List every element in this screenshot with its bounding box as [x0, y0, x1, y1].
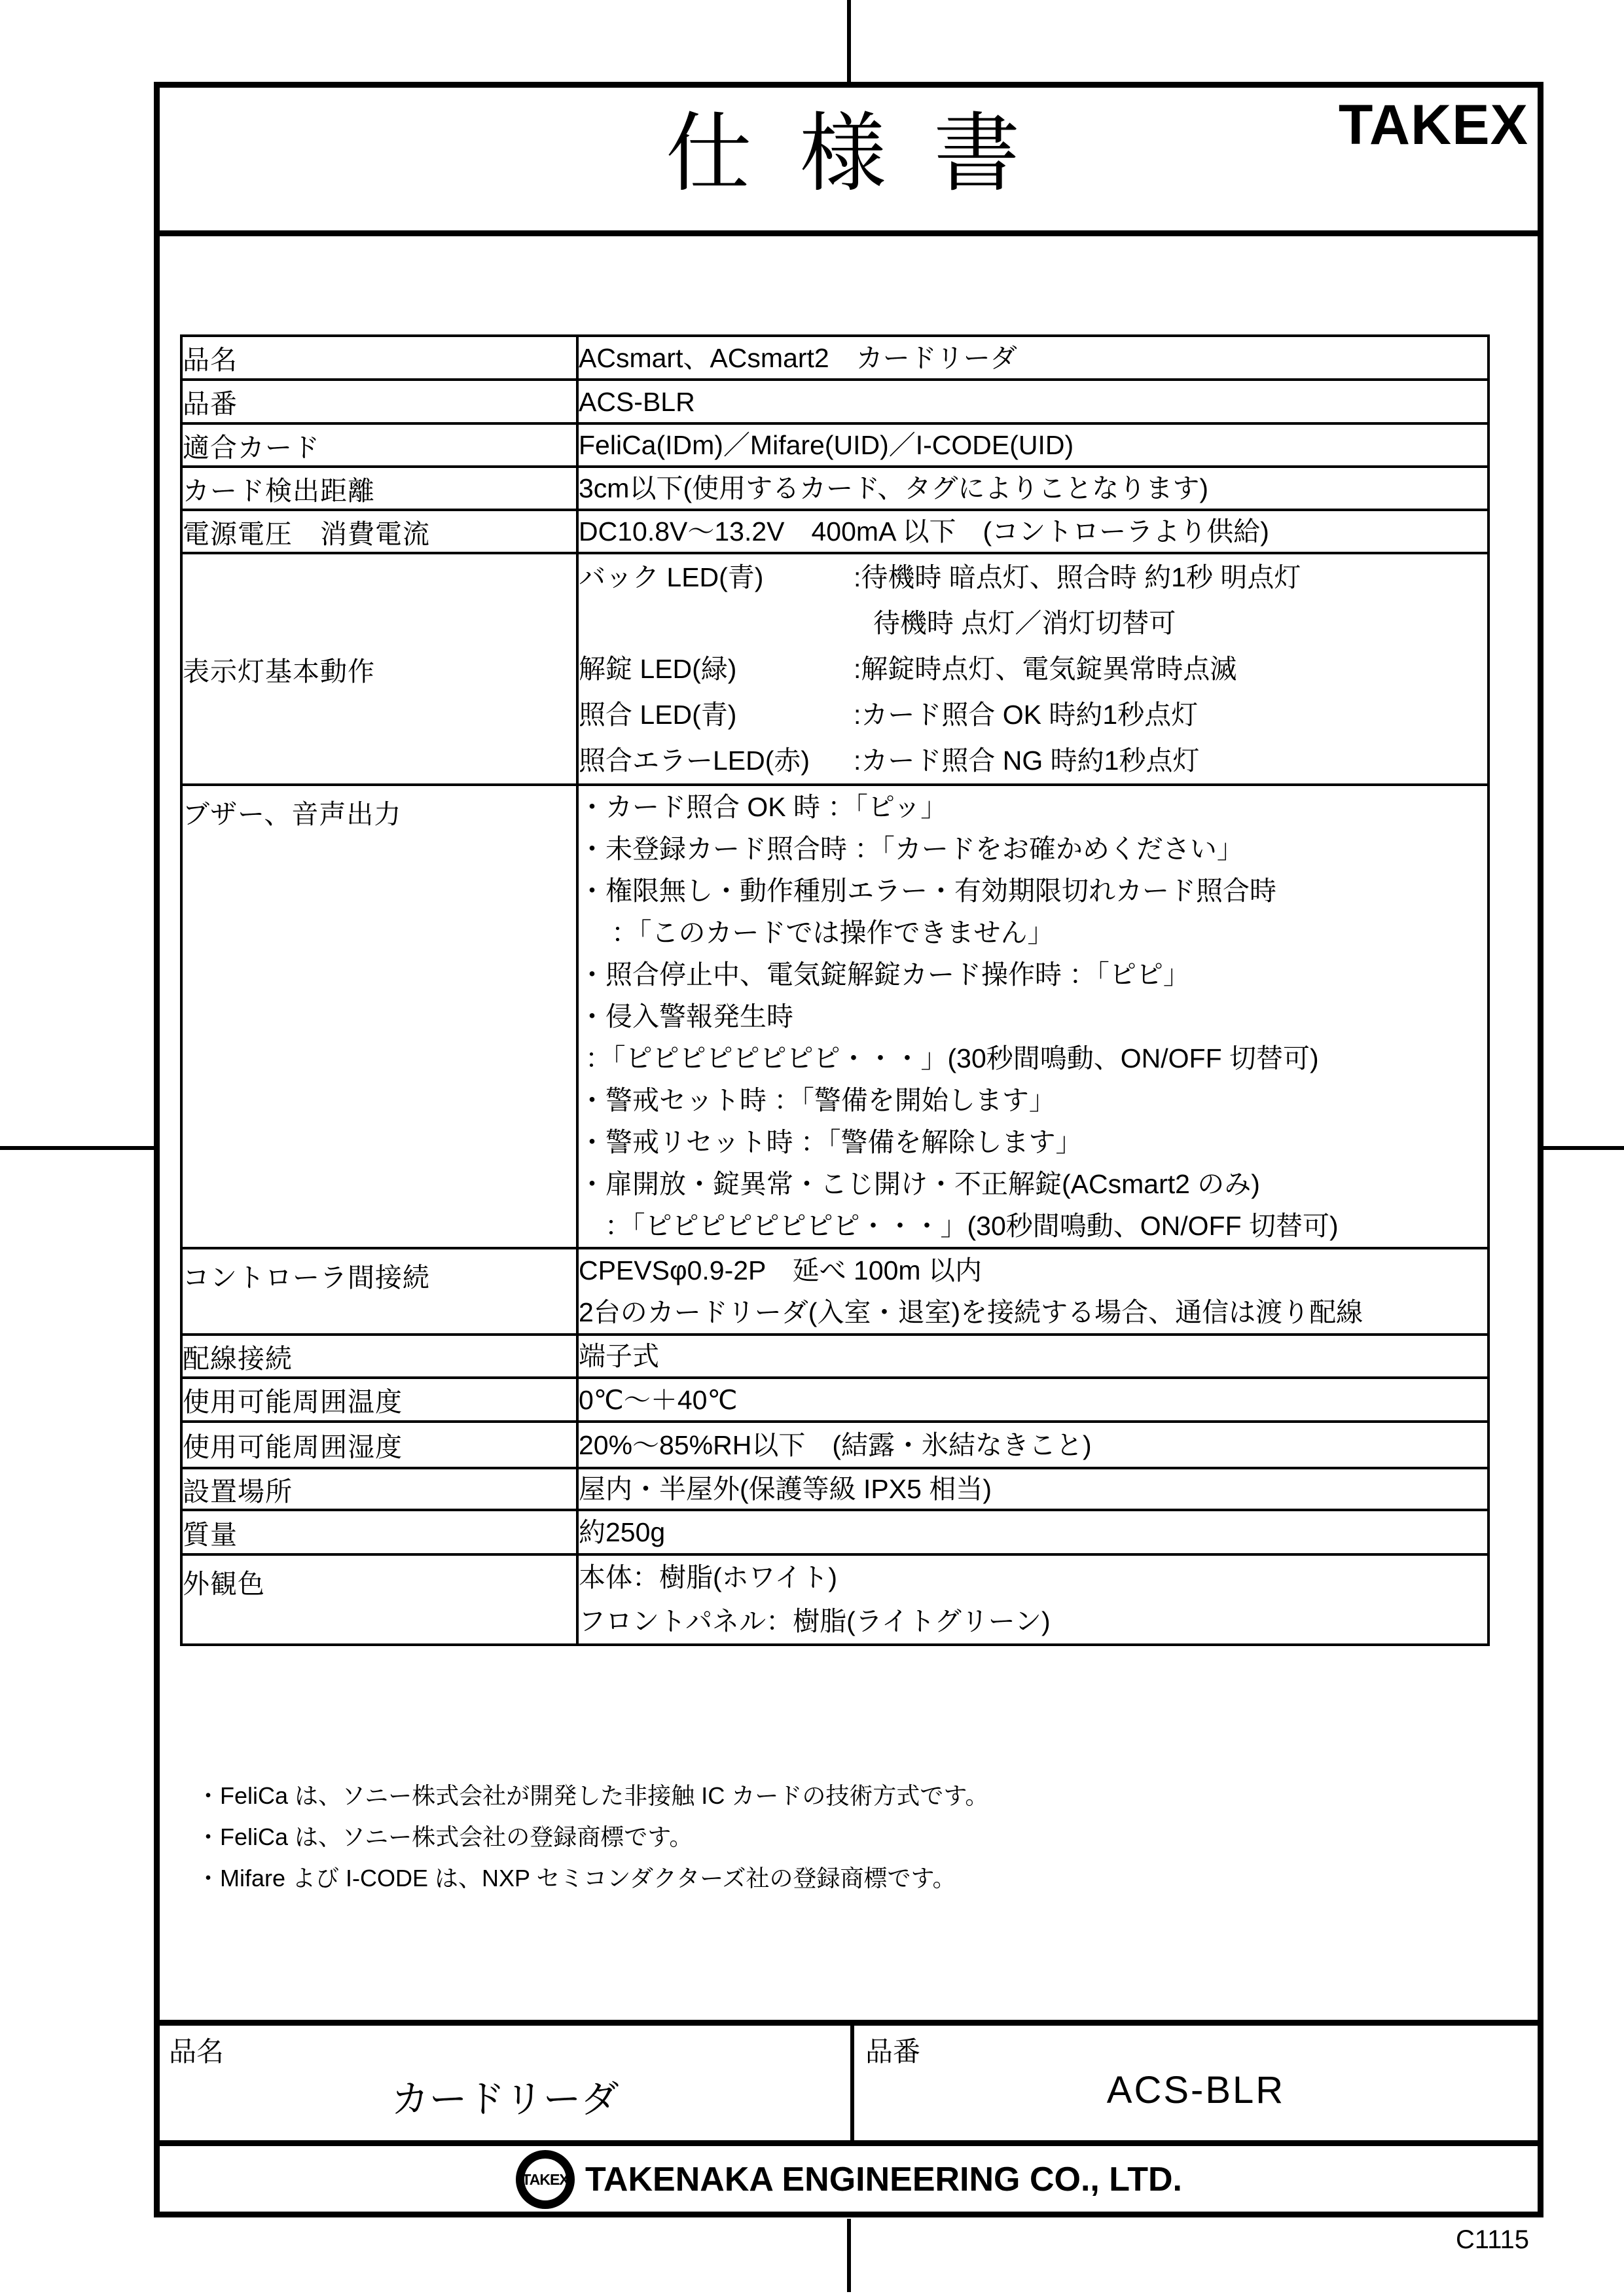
spec-row-value: バック LED(青):待機時 暗点灯、照合時 約1秒 明点灯待機時 点灯／消灯切… [577, 553, 1489, 785]
spec-row-value: 約250g [577, 1510, 1489, 1554]
spec-value-line: DC10.8V～13.2V 400mA 以下 (コントローラより供給) [579, 516, 1487, 547]
product-name-value: カードリーダ [160, 2068, 850, 2123]
spec-value-line: 3cm以下(使用するカード、タグによりことなります) [579, 473, 1487, 503]
spec-sheet: 仕 様 書 TAKEX 品名ACsmart、ACsmart2 カードリーダ品番A… [0, 0, 1624, 2296]
spec-row: 設置場所屋内・半屋外(保護等級 IPX5 相当) [181, 1468, 1489, 1510]
spec-value-line: ・警戒リセット時 ：「警備を解除します」 [579, 1121, 1487, 1163]
spec-row-value: 屋内・半屋外(保護等級 IPX5 相当) [577, 1468, 1489, 1510]
spec-value-line: 2台のカードリーダ(入室・退室)を接続する場合、通信は渡り配線 [579, 1291, 1487, 1333]
spec-value-line: ACS-BLR [579, 387, 1487, 417]
takex-seal-text: TAKEX [522, 2171, 568, 2189]
spec-row-value: 本体：樹脂(ホワイト)フロントパネル：樹脂(ライトグリーン) [577, 1554, 1489, 1645]
spec-row: カード検出距離3cm以下(使用するカード、タグによりことなります) [181, 467, 1489, 510]
spec-row-label: カード検出距離 [181, 467, 577, 510]
spec-table-body: 品名ACsmart、ACsmart2 カードリーダ品番ACS-BLR適合カードF… [181, 336, 1489, 1645]
bottom-box-top-line [154, 2020, 1543, 2026]
spec-row-value: ACsmart、ACsmart2 カードリーダ [577, 336, 1489, 380]
spec-value-line: ACsmart、ACsmart2 カードリーダ [579, 343, 1487, 373]
footnote-line: ・FeliCa は、ソニー株式会社の登録商標です。 [196, 1816, 988, 1857]
spec-row-label: 品番 [181, 380, 577, 423]
spec-value-line: ：「ピピピピピピピピ・・・」(30秒間鳴動、ON/OFF 切替可) [579, 1037, 1487, 1079]
spec-value-line: 照合 LED(青):カード照合 OK 時約1秒点灯 [579, 692, 1487, 738]
spec-row: 使用可能周囲温度0℃～＋40℃ [181, 1378, 1489, 1422]
spec-row: 品名ACsmart、ACsmart2 カードリーダ [181, 336, 1489, 380]
spec-value-line: ・未登録カード照合時 ：「カードをお確かめください」 [579, 828, 1487, 870]
led-name: 照合 LED(青) [579, 692, 854, 738]
spec-row-label: 品名 [181, 336, 577, 380]
spec-row-value: 端子式 [577, 1335, 1489, 1378]
spec-row-value: 20%～85%RH以下 (結露・氷結なきこと) [577, 1422, 1489, 1468]
company-footer: TAKEX TAKENAKA ENGINEERING CO., LTD. [160, 2147, 1538, 2212]
spec-row-label: 使用可能周囲温度 [181, 1378, 577, 1422]
spec-row-value: ACS-BLR [577, 380, 1489, 423]
spec-value-line: ・照合停止中、電気錠解錠カード操作時 ：「ピピ」 [579, 954, 1487, 996]
spec-row: 品番ACS-BLR [181, 380, 1489, 423]
spec-value-line: 20%～85%RH以下 (結露・氷結なきこと) [579, 1430, 1487, 1460]
spec-value-line: 待機時 点灯／消灯切替可 [579, 600, 1487, 646]
spec-row: 質量約250g [181, 1510, 1489, 1554]
product-number-label: 品番 [865, 2030, 920, 2070]
spec-value-line: ・侵入警報発生時 [579, 996, 1487, 1037]
bottom-box-bottom-line [154, 2140, 1543, 2146]
crop-mark-right [1543, 1146, 1624, 1150]
spec-row-label: コントローラ間接続 [181, 1248, 577, 1335]
spec-value-line: FeliCa(IDm)／Mifare(UID)／I-CODE(UID) [579, 430, 1487, 460]
spec-row: コントローラ間接続CPEVSφ0.9-2P 延べ 100m 以内2台のカードリー… [181, 1248, 1489, 1335]
spec-value-line: ・権限無し・動作種別エラー・有効期限切れカード照合時 [579, 870, 1487, 912]
spec-row-value: FeliCa(IDm)／Mifare(UID)／I-CODE(UID) [577, 423, 1489, 467]
spec-value-line: ・警戒セット時 ：「警備を開始します」 [579, 1079, 1487, 1121]
spec-value-line: CPEVSφ0.9-2P 延べ 100m 以内 [579, 1249, 1487, 1291]
spec-row-value: DC10.8V～13.2V 400mA 以下 (コントローラより供給) [577, 510, 1489, 553]
spec-value-line: ：「このカードでは操作できません」 [579, 912, 1487, 954]
spec-row-label: 質量 [181, 1510, 577, 1554]
led-description: :カード照合 NG 時約1秒点灯 [854, 745, 1199, 776]
led-description: :カード照合 OK 時約1秒点灯 [854, 700, 1198, 730]
spec-row-label: 電源電圧 消費電流 [181, 510, 577, 553]
spec-row-label: 外観色 [181, 1554, 577, 1645]
spec-value-line: 端子式 [579, 1341, 1487, 1371]
spec-row-value: 3cm以下(使用するカード、タグによりことなります) [577, 467, 1489, 510]
spec-row-label: 使用可能周囲湿度 [181, 1422, 577, 1468]
spec-row: 配線接続端子式 [181, 1335, 1489, 1378]
spec-row-label: 適合カード [181, 423, 577, 467]
led-name: 照合エラーLED(赤) [579, 738, 854, 783]
crop-mark-bottom [847, 2219, 851, 2292]
spec-row-label: 表示灯基本動作 [181, 553, 577, 785]
takex-logo: TAKEX [1293, 93, 1528, 158]
led-name: バック LED(青) [579, 554, 854, 600]
spec-value-line: 0℃～＋40℃ [579, 1385, 1487, 1415]
spec-row: 適合カードFeliCa(IDm)／Mifare(UID)／I-CODE(UID) [181, 423, 1489, 467]
spec-row: 外観色本体：樹脂(ホワイト)フロントパネル：樹脂(ライトグリーン) [181, 1554, 1489, 1645]
spec-value-line: フロントパネル：樹脂(ライトグリーン) [579, 1600, 1487, 1643]
product-name-label: 品名 [169, 2030, 224, 2070]
footnotes: ・FeliCa は、ソニー株式会社が開発した非接触 IC カードの技術方式です。… [196, 1775, 988, 1899]
spec-row-value: ・カード照合 OK 時 ：「ピッ」・未登録カード照合時 ：「カードをお確かめくだ… [577, 785, 1489, 1248]
spec-row: 電源電圧 消費電流DC10.8V～13.2V 400mA 以下 (コントローラよ… [181, 510, 1489, 553]
company-name: TAKENAKA ENGINEERING CO., LTD. [585, 2160, 1182, 2199]
footnote-line: ・FeliCa は、ソニー株式会社が開発した非接触 IC カードの技術方式です。 [196, 1775, 988, 1816]
spec-value-line: ・扉開放・錠異常・こじ開け・不正解錠(ACsmart2 のみ) [579, 1163, 1487, 1205]
crop-mark-left [0, 1146, 154, 1150]
spec-value-line: バック LED(青):待機時 暗点灯、照合時 約1秒 明点灯 [579, 554, 1487, 600]
spec-row: 表示灯基本動作バック LED(青):待機時 暗点灯、照合時 約1秒 明点灯待機時… [181, 553, 1489, 785]
spec-row: 使用可能周囲湿度20%～85%RH以下 (結露・氷結なきこと) [181, 1422, 1489, 1468]
spec-row-label: 配線接続 [181, 1335, 577, 1378]
spec-value-line: ：「ピピピピピピピピ・・・」(30秒間鳴動、ON/OFF 切替可) [579, 1205, 1487, 1247]
product-number-value: ACS-BLR [854, 2068, 1538, 2112]
spec-value-line: 屋内・半屋外(保護等級 IPX5 相当) [579, 1474, 1487, 1504]
footnote-line: ・Mifare よび I-CODE は、NXP セミコンダクターズ社の登録商標で… [196, 1857, 988, 1899]
spec-row-value: CPEVSφ0.9-2P 延べ 100m 以内2台のカードリーダ(入室・退室)を… [577, 1248, 1489, 1335]
spec-value-line: 本体：樹脂(ホワイト) [579, 1556, 1487, 1600]
spec-row-value: 0℃～＋40℃ [577, 1378, 1489, 1422]
spec-row-label: 設置場所 [181, 1468, 577, 1510]
spec-value-line: 解錠 LED(緑):解錠時点灯、電気錠異常時点滅 [579, 646, 1487, 692]
spec-value-line: 約250g [579, 1517, 1487, 1547]
spec-value-line: 照合エラーLED(赤):カード照合 NG 時約1秒点灯 [579, 738, 1487, 783]
takex-seal-icon: TAKEX [516, 2150, 575, 2209]
crop-mark-top [847, 0, 851, 84]
spec-row: ブザー、音声出力・カード照合 OK 時 ：「ピッ」・未登録カード照合時 ：「カー… [181, 785, 1489, 1248]
spec-table: 品名ACsmart、ACsmart2 カードリーダ品番ACS-BLR適合カードF… [180, 334, 1490, 1646]
led-name: 解錠 LED(緑) [579, 646, 854, 692]
led-description: :解錠時点灯、電気錠異常時点滅 [854, 654, 1236, 684]
led-description: :待機時 暗点灯、照合時 約1秒 明点灯 [854, 562, 1301, 592]
spec-row-label: ブザー、音声出力 [181, 785, 577, 1248]
title-divider-line [154, 230, 1543, 236]
spec-value-line: ・カード照合 OK 時 ：「ピッ」 [579, 786, 1487, 828]
doc-code: C1115 [1427, 2225, 1558, 2255]
